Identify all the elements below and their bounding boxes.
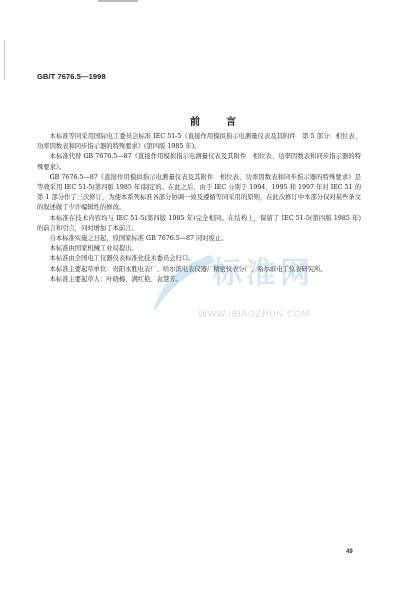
paragraph-committee: 本标准由全国电工仪器仪表标准化技术委员会归口。 bbox=[37, 254, 361, 264]
paragraph-proposer: 本标准由国家机械工业局提出。 bbox=[37, 244, 361, 254]
foreword-body: 本标准等同采用国际电工委员会标准 IEC 51-5《直接作用模拟指示电测量仪表及… bbox=[37, 132, 361, 285]
page-number: 49 bbox=[346, 549, 353, 555]
paragraph-abolition: 自本标准实施之日起，原国家标准 GB 7676.5—87 同时废止。 bbox=[37, 234, 361, 244]
paragraph-history: GB 7676.5—87《直接作用模拟指示电测量仪表及其附件 相位表、功率因数表… bbox=[37, 173, 361, 214]
watermark-url: WWW.iBIAOZHUN.COM bbox=[198, 310, 310, 320]
paragraph-drafters: 本标准主要起草人：叶晓梅、满红艳、袁慧芳。 bbox=[37, 275, 361, 285]
document-page: GB/T 7676.5—1998 前言 本标准等同采用国际电工委员会标准 IEC… bbox=[0, 0, 400, 589]
scan-artifact bbox=[98, 0, 138, 2]
standard-code: GB/T 7676.5—1998 bbox=[37, 72, 106, 81]
page-title: 前言 bbox=[0, 113, 400, 128]
paragraph-adoption: 本标准等同采用国际电工委员会标准 IEC 51-5《直接作用模拟指示电测量仪表及… bbox=[37, 132, 361, 152]
paragraph-drafting-units: 本标准主要起草单位：贵阳永胜电表厂、哈尔滨电表仪器厂精密仪表分厂、哈尔滨电工仪表… bbox=[37, 265, 361, 275]
scan-edge bbox=[4, 40, 5, 80]
paragraph-replaces: 本标准代替 GB 7676.5—87《直接作用模拟指示电测量仪表及其附件 相位表… bbox=[37, 152, 361, 172]
paragraph-technical-content: 本标准在技术内容均与 IEC 51-5(第四版 1985 年)完全相同。在结构上… bbox=[37, 214, 361, 234]
